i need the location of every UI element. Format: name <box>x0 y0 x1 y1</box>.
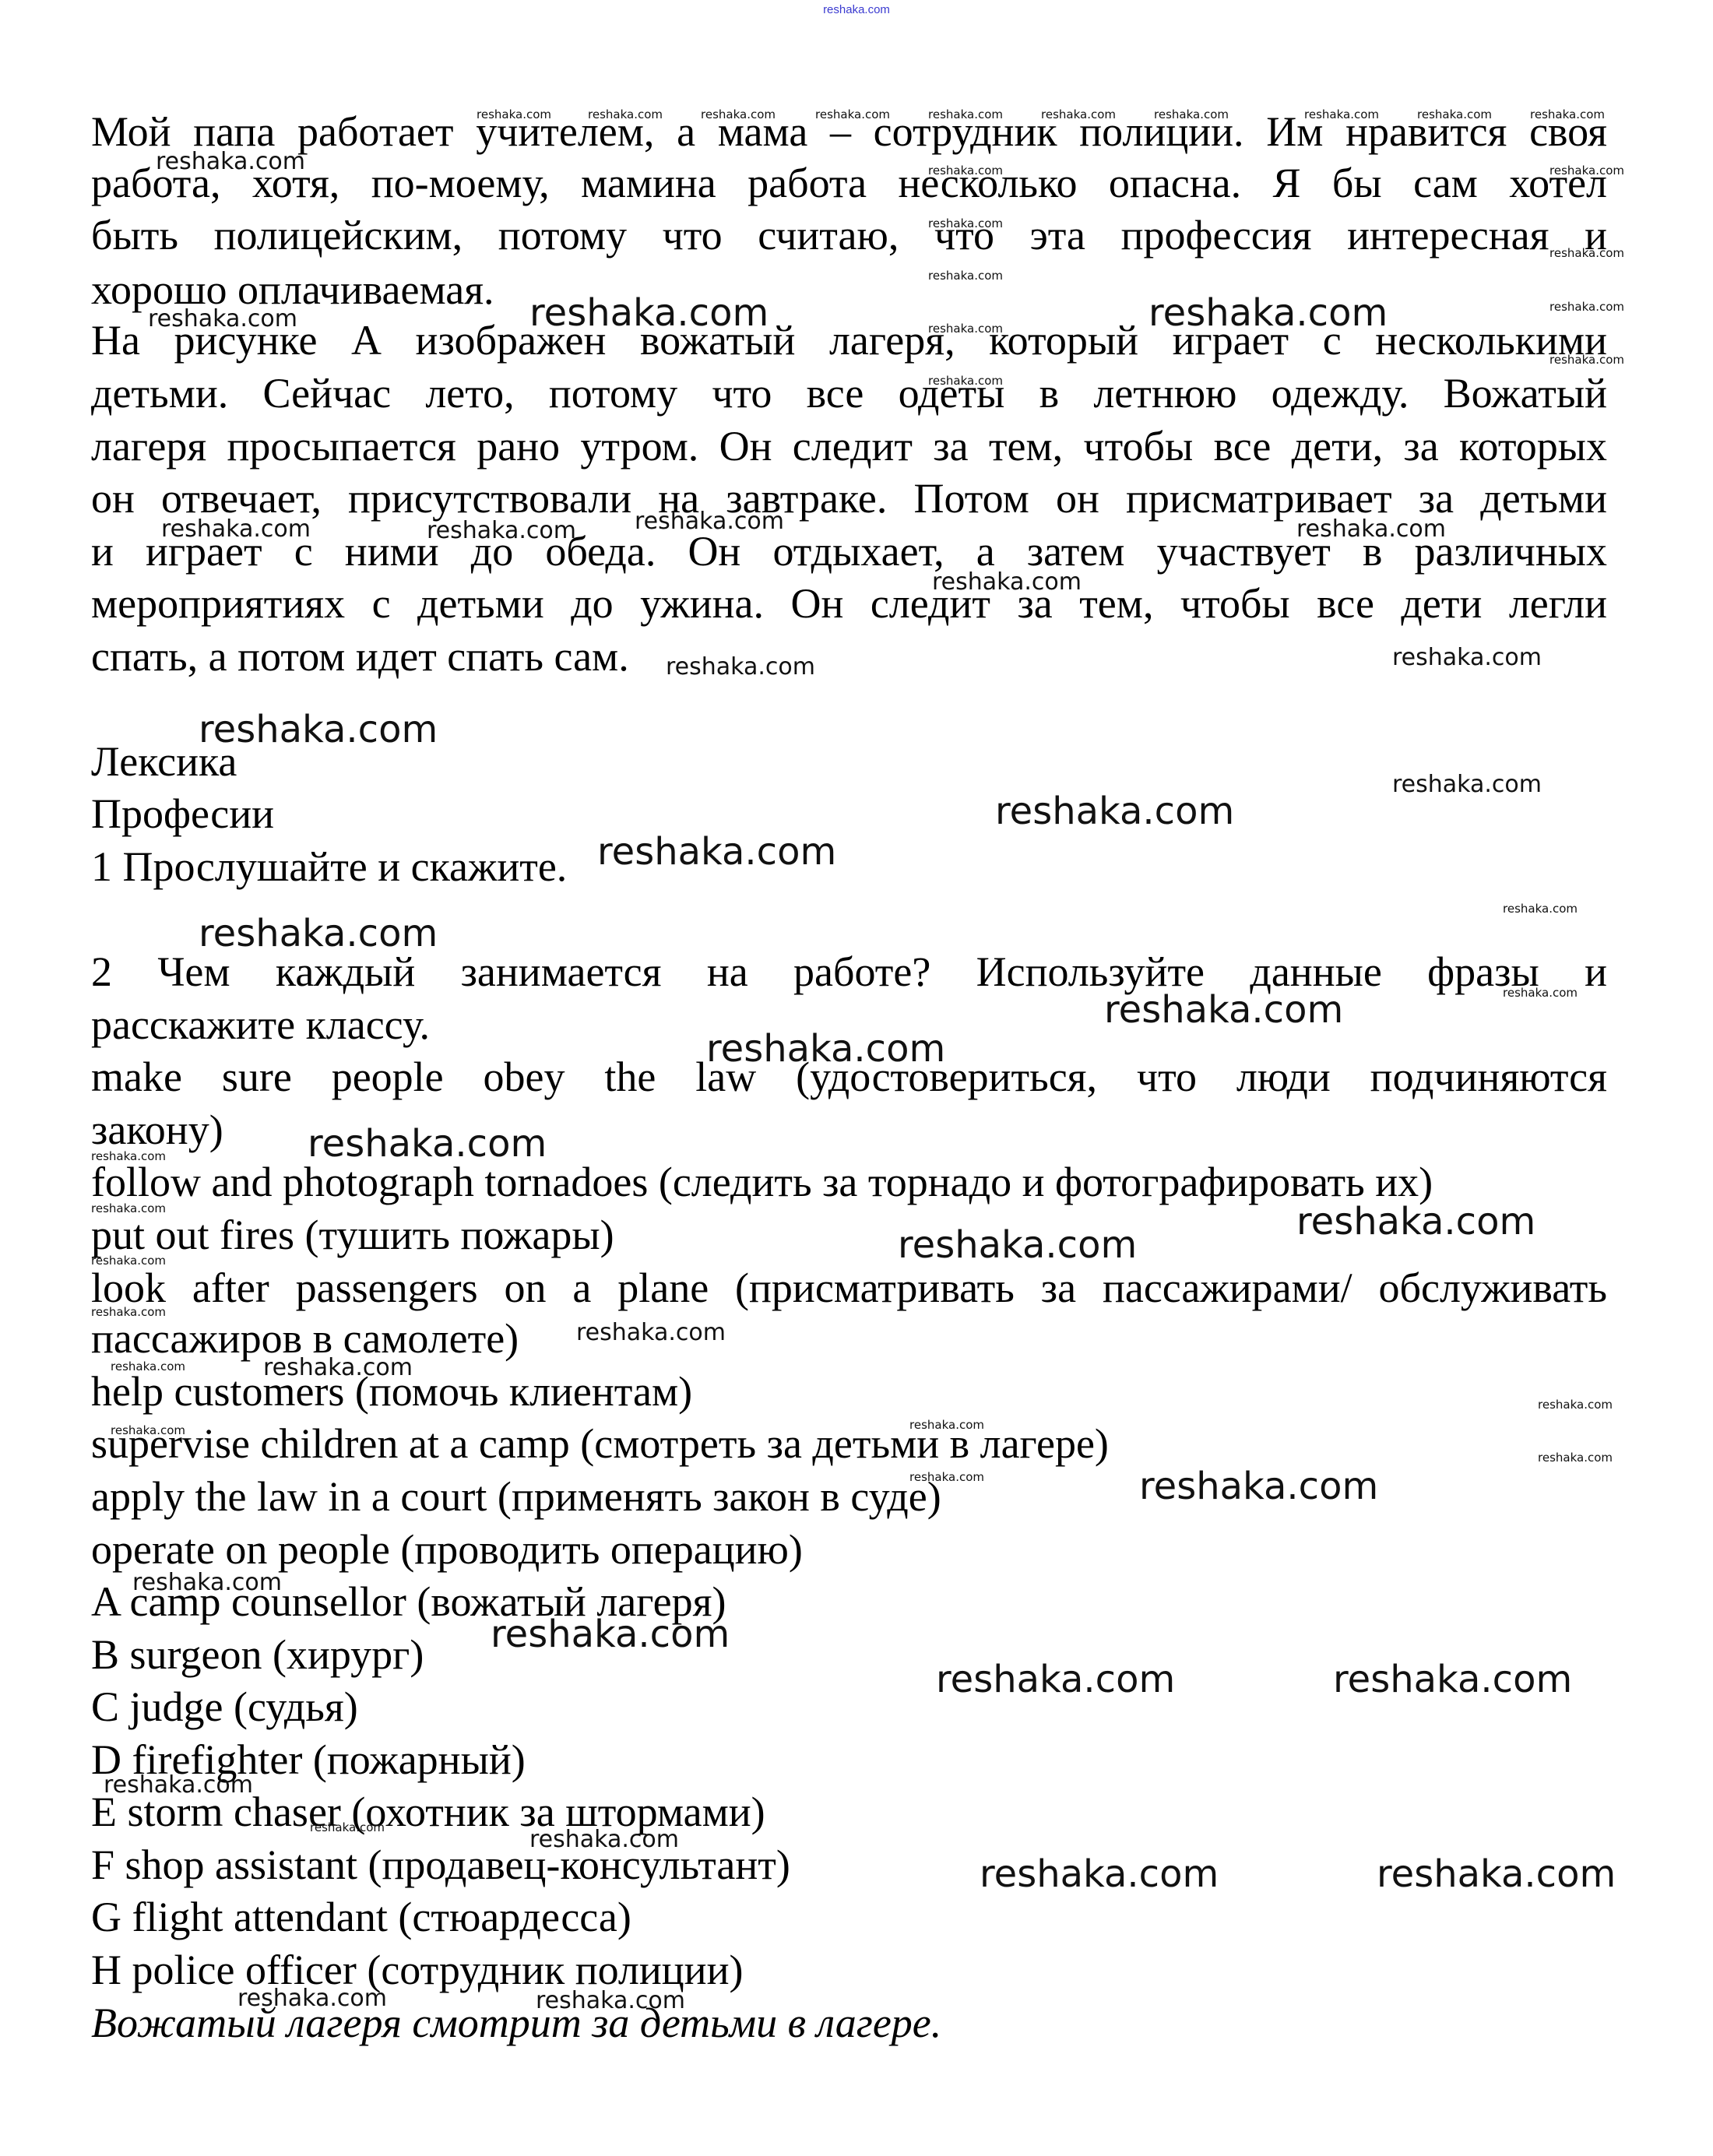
watermark: reshaka.com <box>928 218 1003 230</box>
watermark: reshaka.com <box>237 1987 387 2010</box>
exercise-1-instruction: 1 Прослушайте и скажите. <box>91 842 1607 891</box>
watermark: reshaka.com <box>666 656 815 679</box>
watermark: reshaka.com <box>1503 987 1578 999</box>
watermark: reshaka.com <box>1377 1855 1616 1893</box>
watermark: reshaka.com <box>909 1419 984 1431</box>
watermark: reshaka.com <box>936 1661 1175 1698</box>
watermark: reshaka.com <box>1139 1468 1378 1505</box>
phrase-item: operate on people (проводить операцию) <box>91 1525 1607 1574</box>
watermark: reshaka.com <box>706 1030 945 1067</box>
watermark: reshaka.com <box>1296 1203 1535 1240</box>
watermark: reshaka.com <box>427 519 576 543</box>
watermark: reshaka.com <box>635 510 784 533</box>
watermark: reshaka.com <box>1549 301 1624 313</box>
watermark: reshaka.com <box>263 1356 413 1380</box>
watermark: reshaka.com <box>91 1203 166 1215</box>
text-line: спать, а потом идет спать сам. <box>91 632 1607 681</box>
watermark: reshaka.com <box>1304 109 1379 121</box>
watermark: reshaka.com <box>588 109 663 121</box>
site-watermark-header[interactable]: reshaka.com <box>0 3 1713 16</box>
watermark: reshaka.com <box>980 1855 1219 1893</box>
watermark: reshaka.com <box>1333 1661 1572 1698</box>
watermark: reshaka.com <box>148 308 297 331</box>
watermark: reshaka.com <box>536 1989 685 2013</box>
section-subtitle: Професии <box>91 790 1607 838</box>
watermark: reshaka.com <box>928 165 1003 177</box>
watermark: reshaka.com <box>111 1361 185 1373</box>
watermark: reshaka.com <box>91 1307 166 1318</box>
watermark: reshaka.com <box>156 150 305 174</box>
text-line: мероприятиях с детьми до ужина. Он следи… <box>91 579 1607 628</box>
watermark: reshaka.com <box>909 1472 984 1483</box>
watermark: reshaka.com <box>491 1616 730 1653</box>
watermark: reshaka.com <box>308 1125 547 1162</box>
watermark: reshaka.com <box>1041 109 1116 121</box>
profession-item: G flight attendant (стюардесса) <box>91 1893 1607 1941</box>
watermark: reshaka.com <box>928 270 1003 282</box>
profession-item: D firefighter (пожарный) <box>91 1736 1607 1784</box>
watermark: reshaka.com <box>199 915 438 952</box>
watermark: reshaka.com <box>1530 109 1605 121</box>
watermark: reshaka.com <box>928 375 1003 387</box>
watermark: reshaka.com <box>1538 1399 1613 1411</box>
watermark: reshaka.com <box>995 793 1234 830</box>
phrase-item: apply the law in a court (применять зако… <box>91 1472 1607 1521</box>
watermark: reshaka.com <box>898 1226 1137 1264</box>
watermark: reshaka.com <box>597 833 836 870</box>
watermark: reshaka.com <box>932 571 1082 594</box>
text-line: работа, хотя, по-моему, мамина работа не… <box>91 159 1607 207</box>
watermark: reshaka.com <box>529 1828 679 1852</box>
watermark: reshaka.com <box>161 518 311 541</box>
watermark: reshaka.com <box>1392 773 1542 797</box>
text-line: быть полицейским, потому что считаю, что… <box>91 211 1607 259</box>
watermark: reshaka.com <box>1148 294 1388 332</box>
watermark: reshaka.com <box>1296 518 1446 541</box>
watermark: reshaka.com <box>1549 354 1624 366</box>
watermark: reshaka.com <box>477 109 551 121</box>
watermark: reshaka.com <box>1154 109 1229 121</box>
watermark: reshaka.com <box>1392 646 1542 670</box>
watermark: reshaka.com <box>701 109 776 121</box>
watermark: reshaka.com <box>132 1571 282 1595</box>
phrase-item: supervise children at a camp (смотреть з… <box>91 1419 1607 1468</box>
text-line: лагеря просыпается рано утром. Он следит… <box>91 422 1607 470</box>
watermark: reshaka.com <box>1538 1452 1613 1464</box>
watermark: reshaka.com <box>199 711 438 748</box>
watermark: reshaka.com <box>310 1822 385 1834</box>
profession-item: A camp counsellor (вожатый лагеря) <box>91 1577 1607 1626</box>
watermark: reshaka.com <box>928 323 1003 335</box>
watermark: reshaka.com <box>928 109 1003 121</box>
watermark: reshaka.com <box>1549 165 1624 177</box>
watermark: reshaka.com <box>1549 248 1624 259</box>
text-line: детьми. Сейчас лето, потому что все одет… <box>91 369 1607 417</box>
watermark: reshaka.com <box>91 1255 166 1267</box>
watermark: reshaka.com <box>529 294 769 332</box>
watermark: reshaka.com <box>111 1425 185 1437</box>
watermark: reshaka.com <box>1104 991 1343 1029</box>
watermark: reshaka.com <box>815 109 890 121</box>
watermark: reshaka.com <box>1503 903 1578 915</box>
watermark: reshaka.com <box>1417 109 1492 121</box>
watermark: reshaka.com <box>104 1774 253 1797</box>
phrase-item: look after passengers on a plane (присма… <box>91 1264 1607 1312</box>
watermark: reshaka.com <box>576 1321 726 1345</box>
watermark: reshaka.com <box>91 1151 166 1162</box>
